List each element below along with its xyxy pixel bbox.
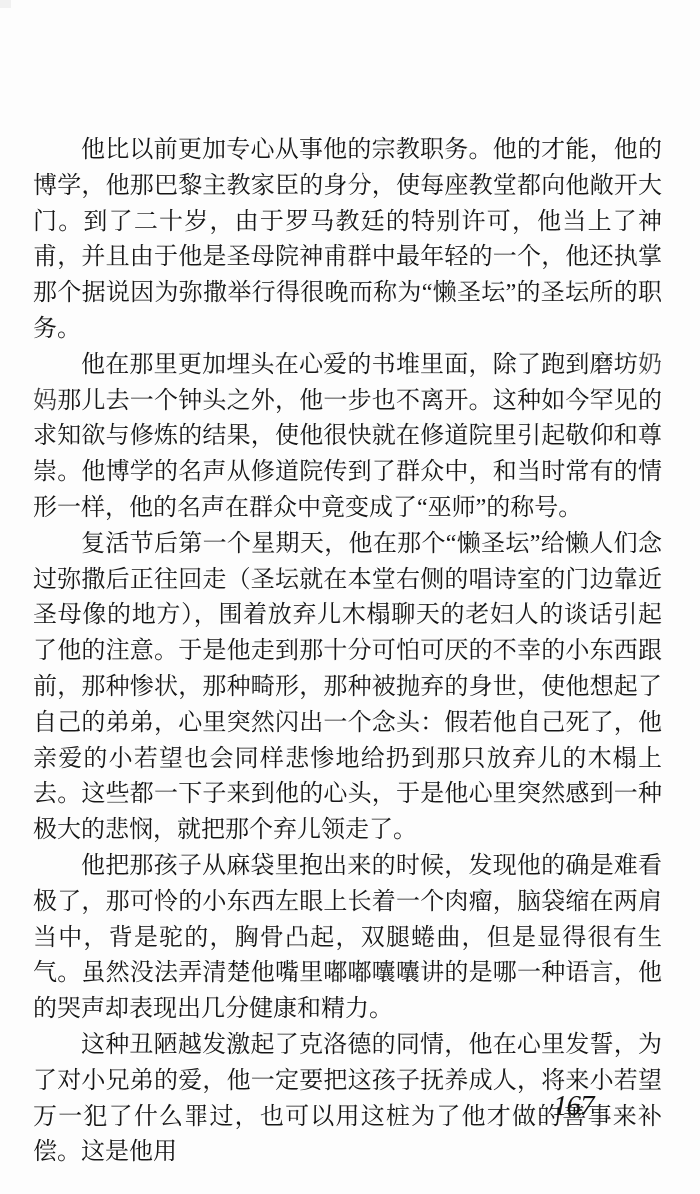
paragraph: 他比以前更加专心从事他的宗教职务。他的才能，他的博学，他那巴黎主教家臣的身分，使… xyxy=(33,133,662,348)
book-page: 他比以前更加专心从事他的宗教职务。他的才能，他的博学，他那巴黎主教家臣的身分，使… xyxy=(0,0,700,1194)
text-run: 他把那孩子从麻袋里抱出来的时候，发现他的确是难看极了，那可怜的小东西左眼上长着一… xyxy=(33,853,662,1022)
text-run: 那儿去一个钟头之外，他一步也不离开。这种如今罕见的求知欲与修炼的结果，使他很快就… xyxy=(33,388,662,521)
text-run: 他在那里更加埋头在心爱的书堆里面，除了跑到磨坊 xyxy=(81,352,638,378)
text-run: 他比以前更加专心从事他的宗教职务。他的才能，他的博学，他那巴黎主教家臣的身分，使… xyxy=(33,137,662,342)
paragraph: 复活节后第一个星期天，他在那个“懒圣坛”给懒人们念过弥撒后正往回走（圣坛就在本堂… xyxy=(33,527,662,849)
paragraph: 他把那孩子从麻袋里抱出来的时候，发现他的确是难看极了，那可怜的小东西左眼上长着一… xyxy=(33,849,662,1028)
page-number: 167 xyxy=(553,1090,594,1123)
page-text: 他比以前更加专心从事他的宗教职务。他的才能，他的博学，他那巴黎主教家臣的身分，使… xyxy=(33,133,662,1171)
text-run: 复活节后第一个星期天，他在那个“懒圣坛”给懒人们念过弥撒后正往回走（圣坛就在本堂… xyxy=(33,531,662,843)
scan-artifact xyxy=(0,0,11,8)
paragraph: 他在那里更加埋头在心爱的书堆里面，除了跑到磨坊奶妈那儿去一个钟头之外，他一步也不… xyxy=(33,348,662,527)
